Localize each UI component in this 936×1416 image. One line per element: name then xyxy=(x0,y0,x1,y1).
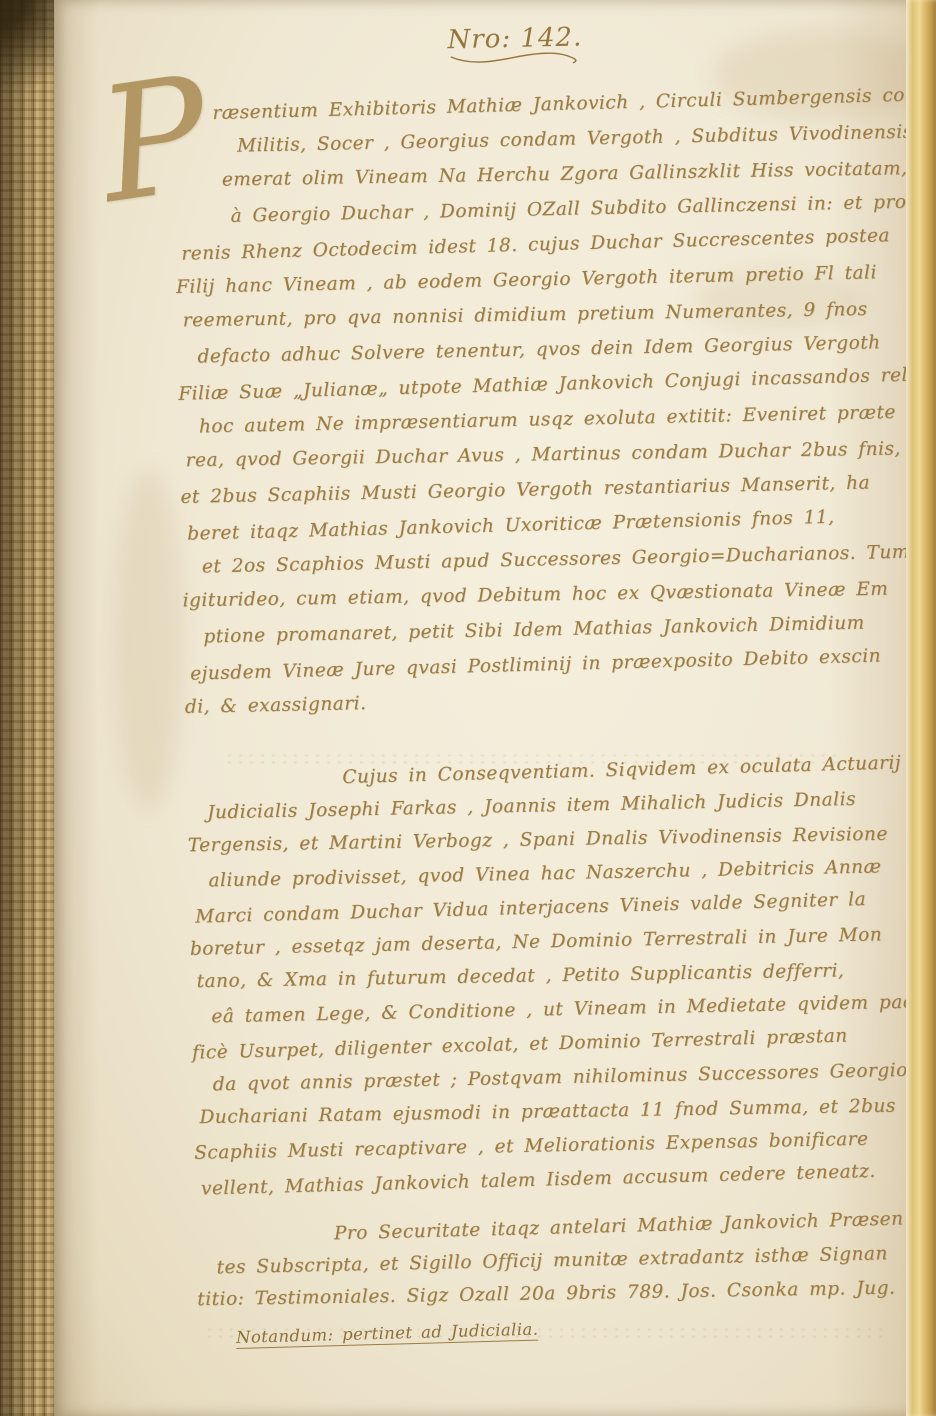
drop-cap-initial: P xyxy=(90,55,218,227)
record-number: Nro: 142. xyxy=(447,22,582,55)
gilded-page-edge xyxy=(906,0,936,1416)
marginal-note-underlined: Notandum: pertinet ad Judicialia. xyxy=(236,1320,539,1349)
manuscript-page: Nro: 142. P ræsentium Exhibitoris Mathiæ… xyxy=(54,0,936,1416)
paragraph-petition: P ræsentium Exhibitoris Mathiæ Jankovich… xyxy=(114,80,903,726)
handwritten-content: Nro: 142. P ræsentium Exhibitoris Mathiæ… xyxy=(112,0,917,1416)
book-spine-page-stack xyxy=(0,0,62,1416)
paragraph-ruling: Cujus in Conseqventiam. Siqvidem ex ocul… xyxy=(128,748,913,1206)
page-number-header: Nro: 142. xyxy=(440,22,591,67)
paragraph-attestation: Pro Securitate itaqz antelari Mathiæ Jan… xyxy=(138,1204,916,1319)
